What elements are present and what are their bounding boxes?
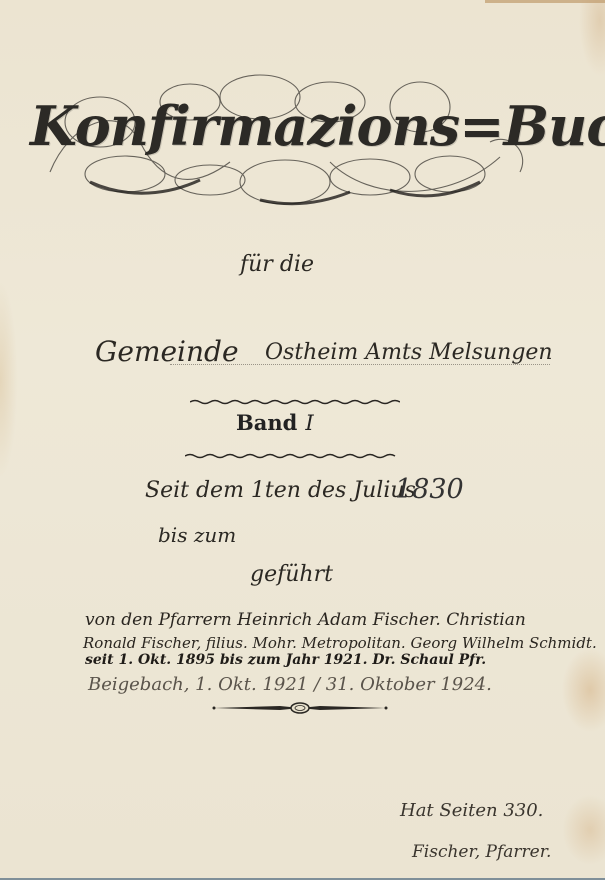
title-block: Konfirmazions=Buch	[30, 62, 550, 212]
document-page: Konfirmazions=Buch für die Gemeinde Osth…	[0, 0, 605, 878]
page-count-note: Hat Seiten 330.	[400, 800, 543, 821]
pastor-line-3: seit 1. Okt. 1895 bis zum Jahr 1921. Dr.…	[85, 652, 486, 668]
pastor-line-2: Ronald Fischer, filius. Mohr. Metropolit…	[83, 634, 597, 652]
wavy-rule-bottom-icon	[185, 452, 400, 460]
volume-number: I	[305, 411, 313, 435]
pastor-line-1: von den Pfarrern Heinrich Adam Fischer. …	[85, 610, 526, 630]
end-date-text: bis zum	[158, 523, 236, 547]
signature: Fischer, Pfarrer.	[412, 842, 551, 862]
page-edge-stain	[485, 0, 605, 3]
volume-label: Band	[236, 410, 297, 435]
ornament-divider-icon	[210, 700, 390, 716]
start-year: 1830	[395, 474, 464, 505]
document-title: Konfirmazions=Buch	[30, 94, 550, 158]
start-date-text: Seit dem 1ten des Julius	[145, 478, 416, 503]
subtitle: für die	[240, 252, 314, 277]
volume-label-block: BandI	[236, 410, 314, 435]
community-value: Ostheim Amts Melsungen	[265, 340, 553, 365]
pastor-line-4: Beigebach, 1. Okt. 1921 / 31. Oktober 19…	[88, 674, 492, 695]
wavy-rule-top-icon	[190, 398, 400, 406]
kept-by-label: geführt	[250, 562, 333, 587]
